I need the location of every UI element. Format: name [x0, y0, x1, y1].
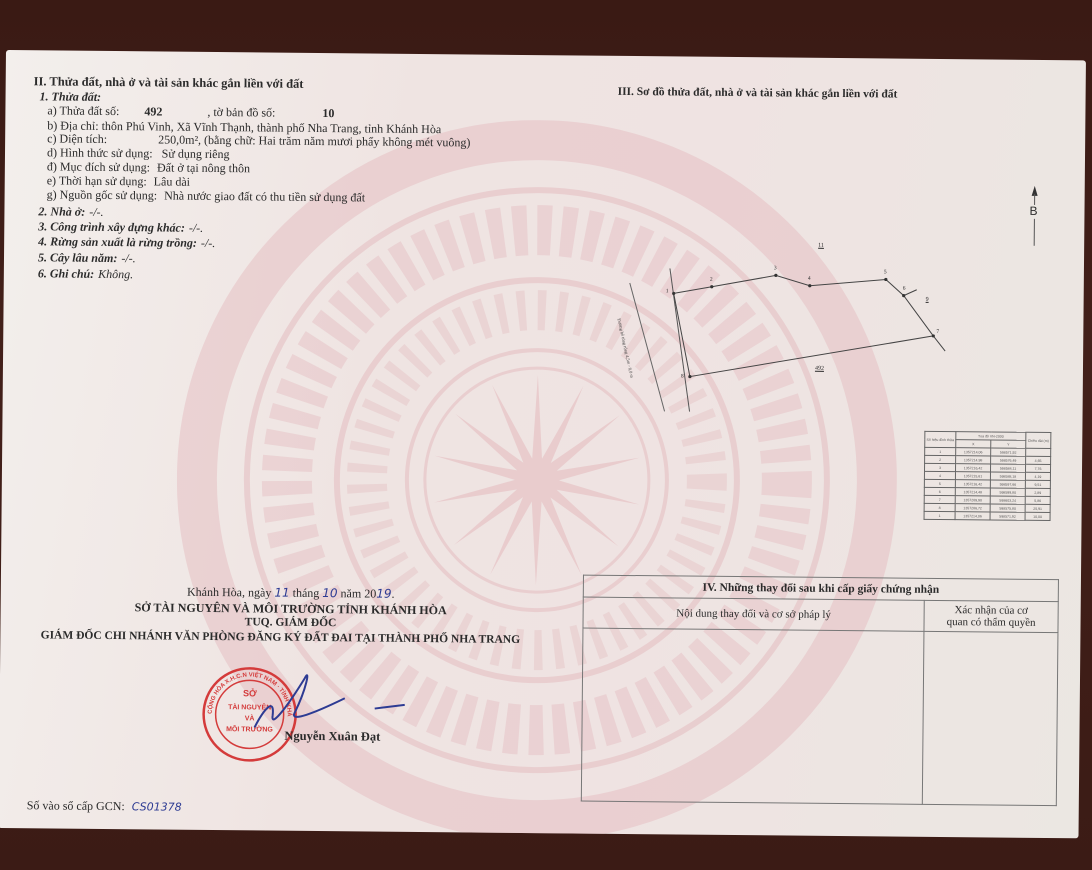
neighbor-east-label: 9 [926, 297, 929, 303]
house-value: -/-. [89, 205, 103, 219]
date-year: 19 [376, 587, 391, 601]
vertex-label: 7 [936, 329, 939, 335]
term-label: e) Thời hạn sử dụng: [47, 173, 147, 188]
coord-cell: 7,76 [1025, 464, 1050, 472]
perennial-label: 5. Cây lâu năm: [38, 250, 117, 265]
purpose-label: đ) Mục đích sử dụng: [47, 159, 150, 174]
north-arrow: B [1026, 184, 1043, 246]
signer-name: Nguyễn Xuân Đạt [284, 729, 380, 745]
notes-value: Không. [98, 267, 133, 281]
coord-cell: 4,65 [1026, 456, 1051, 464]
map-sheet-number: 10 [322, 106, 334, 120]
coord-cell: 598571,92 [990, 512, 1025, 520]
changes-table: IV. Những thay đổi sau khi cấp giấy chứn… [581, 575, 1059, 807]
parcel-label: 492 [815, 366, 824, 372]
coord-cell: 5 [924, 479, 955, 487]
origin-value: Nhà nước giao đất có thu tiền sử dụng đấ… [164, 189, 365, 205]
vertex-label: 8 [681, 373, 684, 379]
coord-header-length: Chiều dài (m) [1026, 432, 1051, 448]
coord-cell: 4,19 [1025, 472, 1050, 480]
coord-cell: 10,00 [1025, 512, 1050, 520]
coordinate-table-wrapper: Số hiệu đỉnh thửa Tọa độ VN-2000 Chiều d… [924, 431, 1052, 521]
perennial-value: -/-. [121, 251, 135, 265]
date-month-label: tháng [293, 586, 320, 600]
origin-label: g) Nguồn gốc sử dụng: [47, 187, 158, 202]
date-month: 10 [322, 586, 337, 600]
vertex-label: 6 [903, 286, 906, 292]
registry-label: Số vào sổ cấp GCN: [27, 798, 125, 813]
coord-cell: 1 [924, 511, 955, 519]
date-year-label: năm 20 [341, 586, 377, 600]
vertex-label: 2 [710, 277, 713, 283]
use-form-value: Sử dụng riêng [162, 146, 230, 161]
parcel-number: 492 [144, 104, 204, 120]
map-sheet-label: , tờ bản đồ số: [207, 105, 275, 120]
purpose-value: Đất ở tại nông thôn [157, 160, 250, 175]
coord-cell: 2 [925, 455, 956, 463]
neighbor-north-label: 11 [818, 243, 824, 249]
registry-row: Số vào sổ cấp GCN: CS01378 [27, 798, 182, 814]
coord-cell: 3 [924, 463, 955, 471]
changes-col-confirmation: Xác nhận của cơ quan có thẩm quyền [924, 600, 1058, 632]
term-value: Lâu dài [154, 174, 190, 188]
coord-cell: 8 [924, 503, 955, 511]
parcel-number-label: a) Thửa đất số: [47, 103, 119, 118]
date-day: 11 [274, 586, 289, 600]
notes-row: 6. Ghi chú: Không. [38, 264, 134, 283]
coord-cell: 9,51 [1025, 480, 1050, 488]
coord-cell: 4 [924, 471, 955, 479]
use-form-label: d) Hình thức sử dụng: [47, 145, 153, 160]
north-label: B [1029, 204, 1037, 218]
changes-col-content: Nội dung thay đổi và cơ sở pháp lý [583, 597, 924, 631]
coord-cell: 7 [924, 495, 955, 503]
vertex-label: 3 [774, 265, 777, 271]
section3-title: III. Sơ đồ thửa đất, nhà ở và tài sản kh… [618, 86, 898, 101]
coord-row: 11357214,06598571,9210,00 [924, 511, 1050, 520]
registry-number: CS01378 [132, 800, 182, 813]
date-prefix: Khánh Hòa, ngày [187, 585, 271, 600]
other-construction-value: -/-. [189, 221, 203, 235]
forest-label: 4. Rừng sản xuất là rừng trồng: [38, 234, 197, 250]
coord-cell: 1357214,06 [955, 512, 990, 520]
vertex-label: 4 [808, 276, 811, 282]
parcel-diagram [623, 236, 965, 419]
coordinate-table: Số hiệu đỉnh thửa Tọa độ VN-2000 Chiều d… [924, 431, 1052, 521]
coord-cell: 5,86 [1025, 496, 1050, 504]
coord-cell: 2,89 [1025, 488, 1050, 496]
notes-label: 6. Ghi chú: [38, 266, 94, 281]
coord-cell: 1 [925, 447, 956, 455]
changes-confirmation-cell [922, 631, 1058, 805]
changes-content-cell [581, 628, 924, 804]
coord-header-vertex: Số hiệu đỉnh thửa [925, 431, 956, 447]
vertex-label: 5 [884, 269, 887, 275]
certificate-page: II. Thửa đất, nhà ở và tài sản khác gắn … [0, 50, 1086, 838]
coord-cell [1026, 448, 1051, 456]
coord-cell: 25,91 [1025, 504, 1050, 512]
coord-cell: 6 [924, 487, 955, 495]
forest-value: -/-. [201, 236, 215, 250]
vertex-label: 1 [666, 288, 669, 294]
